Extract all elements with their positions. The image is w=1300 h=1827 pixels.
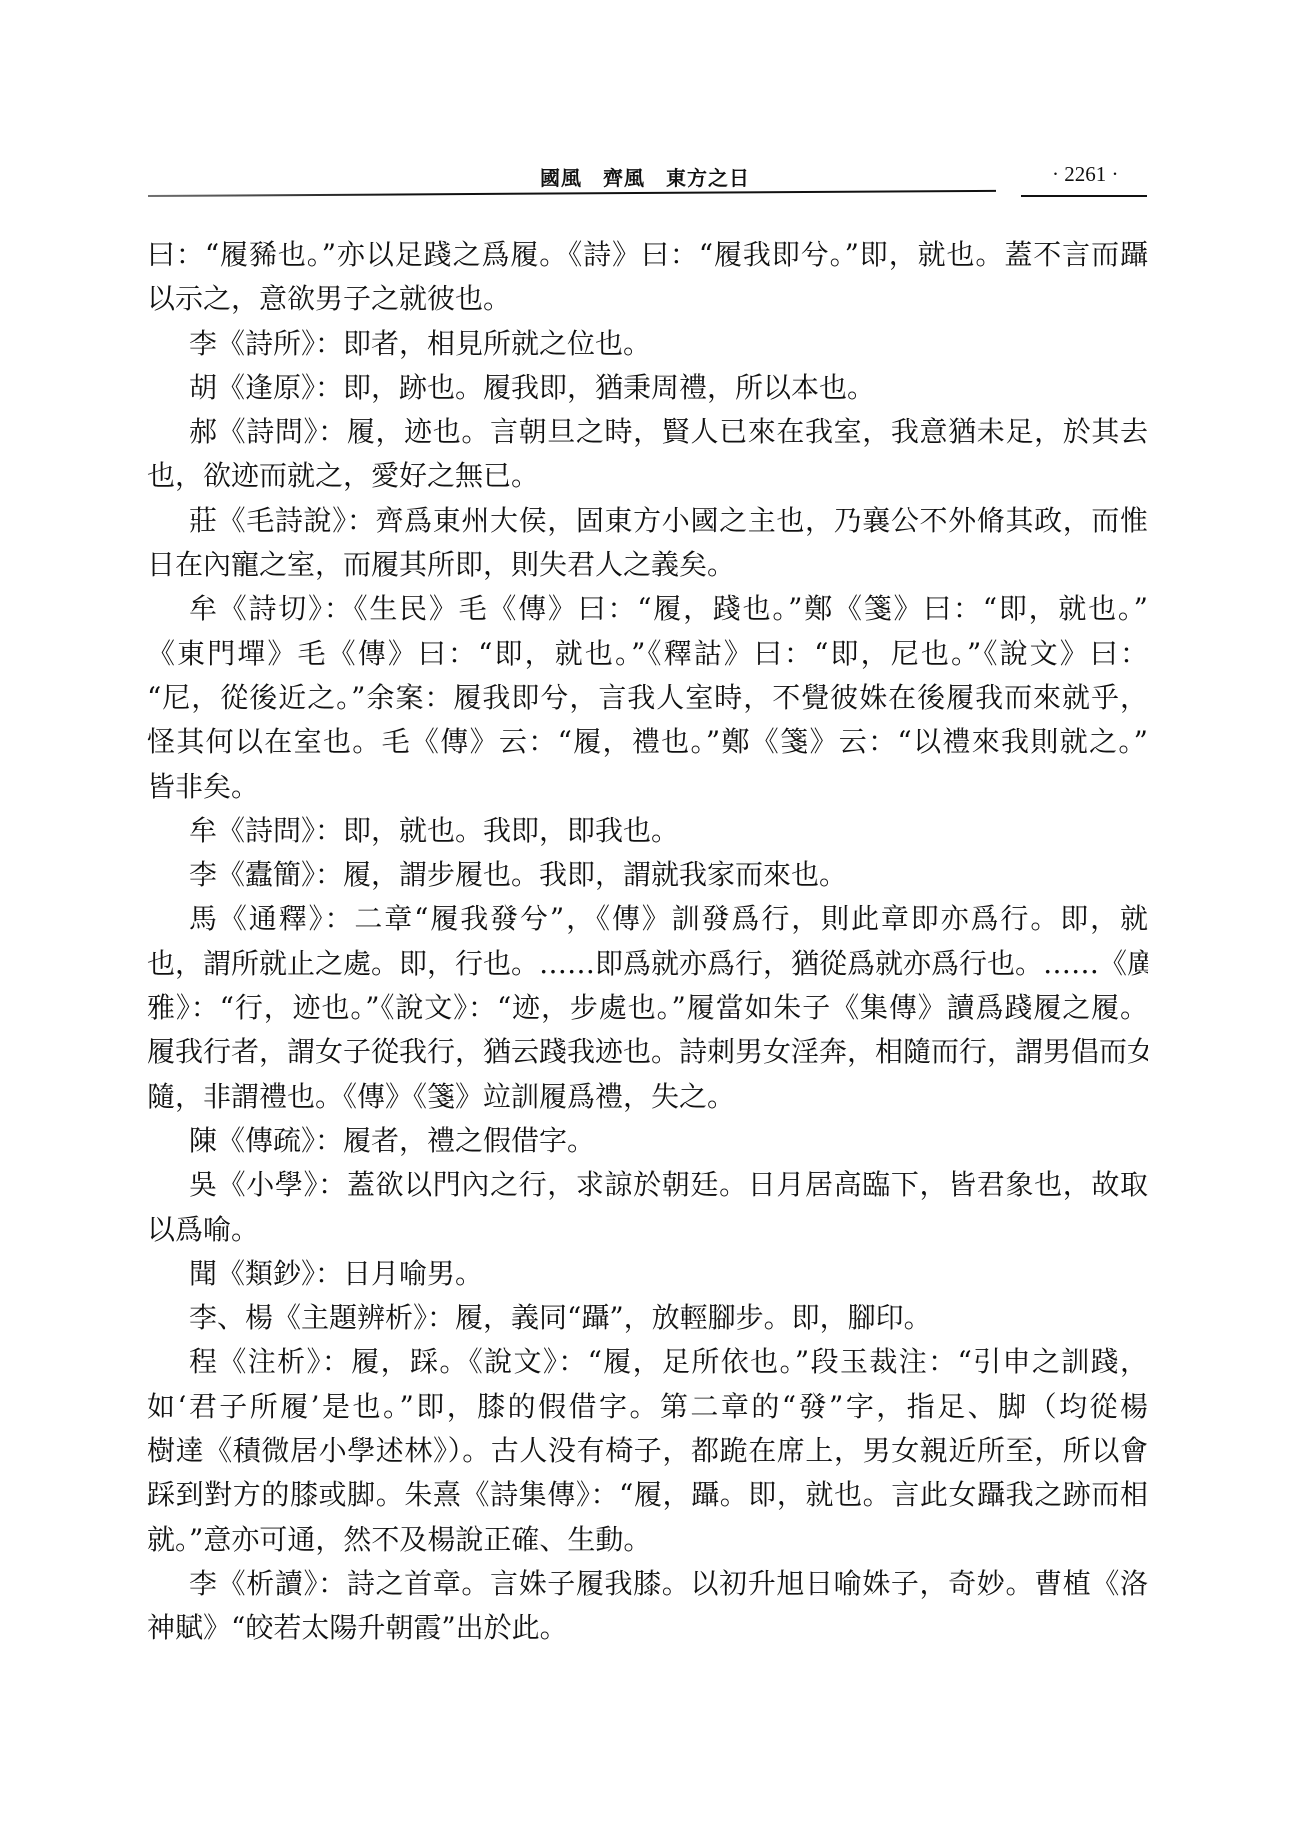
text-line: 如‘君子所履’是也。”即，膝的假借字。第二章的“發”字，指足、脚（均從楊 bbox=[147, 1385, 1148, 1429]
text-line: 以爲喻。 bbox=[147, 1208, 1148, 1252]
text-line: 莊《毛詩說》：齊爲東州大侯，固東方小國之主也，乃襄公不外脩其政，而惟 bbox=[147, 499, 1148, 543]
text-line: “尼，從後近之。”余案：履我即兮，言我人室時，不覺彼姝在後履我而來就乎， bbox=[147, 676, 1148, 720]
text-line: 怪其何以在室也。毛《傳》云：“履，禮也。”鄭《箋》云：“以禮來我則就之。” bbox=[147, 720, 1148, 764]
body-text: 曰：“履豨也。”亦以足踐之爲履。《詩》曰：“履我即兮。”即，就也。蓋不言而躡以示… bbox=[147, 233, 1148, 1651]
text-line: 李《蠹簡》：履，謂步履也。我即，謂就我家而來也。 bbox=[147, 853, 1148, 897]
text-line: 雅》：“行，迹也。”《說文》：“迹，步處也。”履當如朱子《集傳》讀爲踐履之履。 bbox=[147, 986, 1148, 1030]
text-line: 也，謂所就止之處。即，行也。……即爲就亦爲行，猶從爲就亦爲行也。……《廣 bbox=[147, 942, 1148, 986]
text-line: 以示之，意欲男子之就彼也。 bbox=[147, 277, 1148, 321]
text-line: 馬《通釋》：二章“履我發兮”，《傳》訓發爲行，則此章即亦爲行。即，就 bbox=[147, 897, 1148, 941]
text-line: 隨，非謂禮也。《傳》《箋》竝訓履爲禮，失之。 bbox=[147, 1075, 1148, 1119]
text-line: 程《注析》：履，踩。《說文》：“履，足所依也。”段玉裁注：“引申之訓踐， bbox=[147, 1340, 1148, 1384]
text-line: 胡《逢原》：即，跡也。履我即，猶秉周禮，所以本也。 bbox=[147, 366, 1148, 410]
text-line: 樹達《積微居小學述林》）。古人没有椅子，都跪在席上，男女親近所至，所以會 bbox=[147, 1429, 1148, 1473]
text-line: 李《析讀》：詩之首章。言姝子履我膝。以初升旭日喻姝子，奇妙。曹植《洛 bbox=[147, 1562, 1148, 1606]
text-line: 就。”意亦可通，然不及楊說正確、生動。 bbox=[147, 1518, 1148, 1562]
page-number: · 2261 · bbox=[1052, 162, 1119, 187]
running-title: 國風 齊風 東方之日 bbox=[540, 162, 750, 191]
text-line: 皆非矣。 bbox=[147, 765, 1148, 809]
text-line: 聞《類鈔》：日月喻男。 bbox=[147, 1252, 1148, 1296]
running-head: 國風 齊風 東方之日 · 2261 · bbox=[0, 160, 1300, 190]
text-line: 李《詩所》：即者，相見所就之位也。 bbox=[147, 322, 1148, 366]
text-line: 《東門墠》毛《傳》曰：“即，就也。”《釋詁》曰：“即，尼也。”《說文》曰： bbox=[147, 632, 1148, 676]
text-line: 也，欲迹而就之，愛好之無已。 bbox=[147, 454, 1148, 498]
text-line: 神賦》“皎若太陽升朝霞”出於此。 bbox=[147, 1606, 1148, 1650]
text-line: 李、楊《主題辨析》：履，義同“躡”，放輕腳步。即，腳印。 bbox=[147, 1296, 1148, 1340]
text-line: 踩到對方的膝或脚。朱熹《詩集傳》：“履，躡。即，就也。言此女躡我之跡而相 bbox=[147, 1473, 1148, 1517]
text-line: 日在內寵之室，而履其所即，則失君人之義矣。 bbox=[147, 543, 1148, 587]
header-rule-right bbox=[1021, 195, 1147, 197]
text-line: 牟《詩問》：即，就也。我即，即我也。 bbox=[147, 809, 1148, 853]
text-line: 郝《詩問》：履，迹也。言朝旦之時，賢人已來在我室，我意猶未足，於其去 bbox=[147, 410, 1148, 454]
text-line: 履我行者，謂女子從我行，猶云踐我迹也。詩刺男女淫奔，相隨而行，謂男倡而女 bbox=[147, 1030, 1148, 1074]
text-line: 陳《傳疏》：履者，禮之假借字。 bbox=[147, 1119, 1148, 1163]
text-line: 牟《詩切》：《生民》毛《傳》曰：“履，踐也。”鄭《箋》曰：“即，就也。” bbox=[147, 587, 1148, 631]
text-line: 吳《小學》：蓋欲以門內之行，求諒於朝廷。日月居高臨下，皆君象也，故取 bbox=[147, 1163, 1148, 1207]
text-line: 曰：“履豨也。”亦以足踐之爲履。《詩》曰：“履我即兮。”即，就也。蓋不言而躡 bbox=[147, 233, 1148, 277]
